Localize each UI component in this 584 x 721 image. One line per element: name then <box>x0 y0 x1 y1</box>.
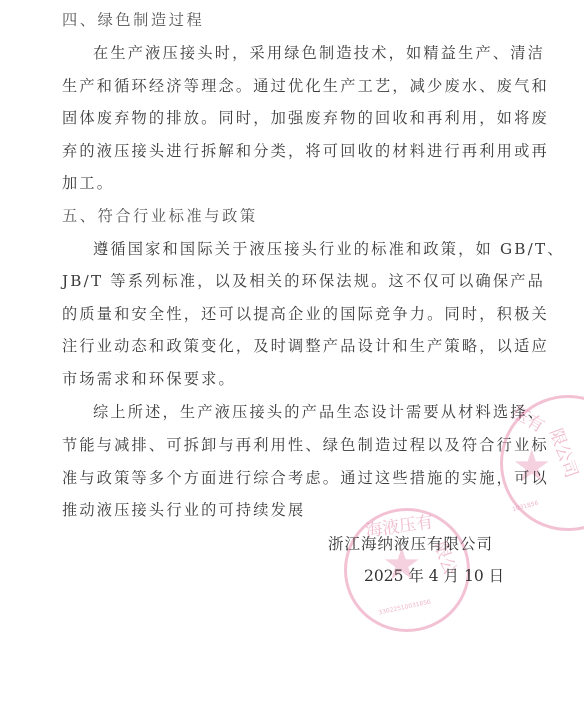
paragraph-line: 在生产液压接头时，采用绿色制造技术，如精益生产、清洁 <box>93 43 545 63</box>
paragraph-line: 加工。 <box>62 173 114 193</box>
paragraph-line: 节能与减排、可拆卸与再利用性、绿色制造过程以及符合行业标 <box>62 435 549 455</box>
paragraph-line: 综上所述，生产液压接头的产品生态设计需要从材料选择、 <box>93 402 545 422</box>
section-heading-5: 五、符合行业标准与政策 <box>62 206 258 226</box>
signature-date: 2025 年 4 月 10 日 <box>364 566 504 586</box>
paragraph-line: 弃的液压接头进行拆解和分类，将可回收的材料进行再利用或再 <box>62 141 549 161</box>
paragraph-line: 市场需求和环保要求。 <box>62 369 236 389</box>
paragraph-line: JB/T 等系列标准，以及相关的环保法规。这不仅可以确保产品 <box>62 271 545 291</box>
paragraph-line: 固体废弃物的排放。同时，加强废弃物的回收和再利用，如将废 <box>62 108 549 128</box>
paragraph-line: 遵循国家和国际关于液压接头行业的标准和政策，如 GB/T、 <box>93 239 565 259</box>
paragraph-line: 生产和循环经济等理念。通过优化生产工艺，减少废水、废气和 <box>62 76 549 96</box>
paragraph-line: 的质量和安全性，还可以提高企业的国际竞争力。同时，积极关 <box>62 304 549 324</box>
paragraph-line: 准与政策等多个方面进行综合考虑。通过这些措施的实施，可以 <box>62 468 549 488</box>
signature-company: 浙江海纳液压有限公司 <box>328 534 493 554</box>
section-heading-4: 四、绿色制造过程 <box>62 10 204 30</box>
paragraph-line: 注行业动态和政策变化，及时调整产品设计和生产策略，以适应 <box>62 336 549 356</box>
paragraph-line: 推动液压接头行业的可持续发展 <box>62 500 305 520</box>
